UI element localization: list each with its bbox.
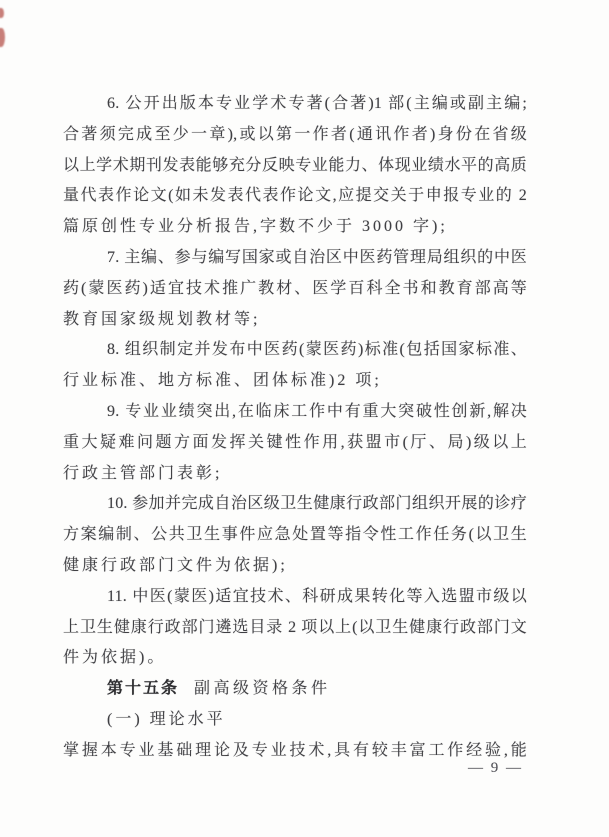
text-line: 件为依据)。	[63, 643, 527, 674]
text-line: 11. 中医(蒙医)适宜技术、科研成果转化等入选盟市级以	[63, 582, 527, 613]
text-line: 掌握本专业基础理论及专业技术,具有较丰富工作经验,能	[63, 736, 527, 767]
article-heading: 第十五条副高级资格条件	[63, 674, 527, 705]
text-line: 7. 主编、参与编写国家或自治区中医药管理局组织的中医	[63, 243, 527, 274]
text-line: 量代表作论文(如未发表代表作论文,应提交关于申报专业的 2	[63, 181, 527, 212]
text-line: 篇原创性专业分析报告,字数不少于 3000 字);	[63, 212, 527, 243]
text-line: 8. 组织制定并发布中医药(蒙医药)标准(包括国家标准、	[63, 335, 527, 366]
document-body: 6. 公开出版本专业学术专著(合著)1 部(主编或副主编;合著须完成至少一章),…	[63, 89, 527, 767]
text-line: 以上学术期刊发表能够充分反映专业能力、体现业绩水平的高质	[63, 151, 527, 182]
section-heading: (一) 理论水平	[63, 705, 527, 736]
red-seal-fragment	[0, 8, 4, 18]
article-number: 第十五条	[107, 680, 179, 697]
text-line: 健康行政部门文件为依据);	[63, 551, 527, 582]
text-line: 药(蒙医药)适宜技术推广教材、医学百科全书和教育部高等	[63, 274, 527, 305]
text-line: 上卫生健康行政部门遴选目录 2 项以上(以卫生健康行政部门文	[63, 613, 527, 644]
text-line: 合著须完成至少一章),或以第一作者(通讯作者)身份在省级	[63, 120, 527, 151]
document-page: 6. 公开出版本专业学术专著(合著)1 部(主编或副主编;合著须完成至少一章),…	[0, 0, 609, 837]
article-title: 副高级资格条件	[194, 680, 331, 697]
text-line: 方案编制、公共卫生事件应急处置等指令性工作任务(以卫生	[63, 520, 527, 551]
page-number: — 9 —	[468, 760, 523, 777]
red-seal-fragment	[0, 28, 5, 47]
text-line: 10. 参加并完成自治区级卫生健康行政部门组织开展的诊疗	[63, 489, 527, 520]
text-line: 行政主管部门表彰;	[63, 459, 527, 490]
text-line: 9. 专业业绩突出,在临床工作中有重大突破性创新,解决	[63, 397, 527, 428]
text-line: 重大疑难问题方面发挥关键性作用,获盟市(厅、局)级以上	[63, 428, 527, 459]
text-line: 行业标准、地方标准、团体标准)2 项;	[63, 366, 527, 397]
text-line: 教育国家级规划教材等;	[63, 305, 527, 336]
text-line: 6. 公开出版本专业学术专著(合著)1 部(主编或副主编;	[63, 89, 527, 120]
